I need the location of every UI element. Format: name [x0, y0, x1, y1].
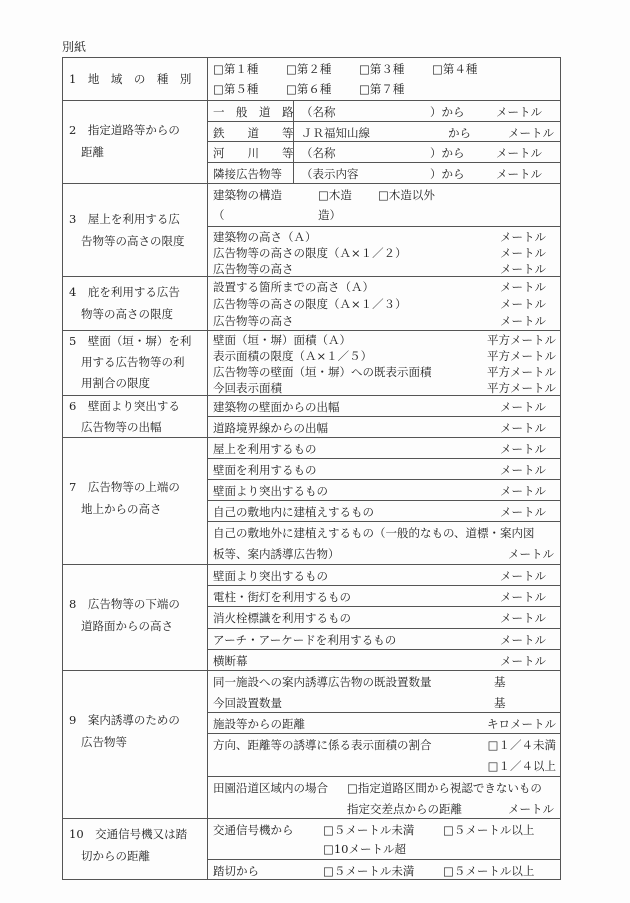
structure-type-field[interactable]: 造）	[318, 207, 341, 223]
checkbox-signal-under-5m[interactable]: □５メートル未満	[323, 822, 414, 838]
section-rooftop-height-limit: 3 屋上を利用する広 告物等の高さの限度 建築物の構造 □木造 □木造以外 （ …	[63, 184, 560, 277]
section-projection-width: 6 壁面より突出する 広告物等の出幅 建築物の壁面からの出幅 メートル 道路境界…	[63, 396, 560, 438]
checkbox-type-6[interactable]: □第６種	[286, 81, 331, 97]
section-area-type: 1 地 域 の 種 別 □第１種 □第２種 □第３種 □第４種 □第５種 □第６…	[63, 58, 560, 101]
section-title-cont: 物等の高さの限度	[69, 303, 203, 325]
row-adjacent-ad: 隣接広告物等 （表示内容 ）から メートル	[208, 163, 560, 184]
checkbox-crossing-5m-or-more[interactable]: □５メートル以上	[443, 863, 534, 879]
section-title: 4 庇を利用する広告	[69, 281, 203, 303]
name-field[interactable]: （名称	[301, 145, 336, 161]
section-title-cont: 用割合の限度	[69, 373, 203, 394]
checkbox-signal-5m-or-more[interactable]: □５メートル以上	[443, 822, 534, 838]
section-title: 6 壁面より突出する	[69, 396, 203, 417]
section-title: 8 広告物等の下端の	[69, 593, 203, 615]
section-bottom-edge-height: 8 広告物等の下端の 道路面からの高さ 壁面より突出するもの メートル 電柱・街…	[63, 565, 560, 671]
section-wall-usage-ratio: 5 壁面（垣・塀）を利 用する広告物等の利 用割合の限度 壁面（垣・塀）面積（Ａ…	[63, 331, 560, 396]
row-river: 河 川 等 （名称 ）から メートル	[208, 142, 560, 163]
section-title-cont: 広告物等	[69, 731, 203, 753]
section-top-edge-height: 7 広告物等の上端の 地上からの高さ 屋上を利用するもの メートル 壁面を利用す…	[63, 438, 560, 565]
section-title-cont: 広告物等の出幅	[69, 417, 203, 438]
section-title: 10 交通信号機又は踏	[69, 823, 203, 845]
checkbox-type-7[interactable]: □第７種	[359, 81, 404, 97]
name-field[interactable]: （名称	[301, 104, 336, 120]
checkbox-crossing-under-5m[interactable]: □５メートル未満	[323, 863, 414, 879]
row-general-road: 一 般 道 路 （名称 ）から メートル	[208, 101, 560, 122]
checkbox-not-visible-from-road[interactable]: □指定道路区間から視認できないもの	[347, 780, 542, 796]
checkbox-type-1[interactable]: □第１種	[213, 61, 258, 77]
section-title-cont: 用する広告物等の利	[69, 352, 203, 373]
checkbox-type-3[interactable]: □第３種	[359, 61, 404, 77]
checkbox-wooden[interactable]: □木造	[318, 187, 352, 203]
section-title-cont: 距離	[69, 141, 203, 163]
section-title-cont: 切からの距離	[69, 845, 203, 867]
checkbox-type-2[interactable]: □第２種	[286, 61, 331, 77]
section-eaves-height-limit: 4 庇を利用する広告 物等の高さの限度 設置する箇所までの高さ（Ａ） メートル …	[63, 277, 560, 331]
section-distance-from-road: 2 指定道路等からの 距離 一 般 道 路 （名称 ）から メートル 鉄 道 等…	[63, 101, 560, 184]
section-title: 3 屋上を利用する広	[69, 208, 203, 230]
section-title: 7 広告物等の上端の	[69, 476, 203, 498]
row-railway: 鉄 道 等 ＪＲ福知山線 から メートル	[208, 122, 560, 142]
section-title: 2 指定道路等からの	[69, 119, 203, 141]
checkbox-signal-over-10m[interactable]: □10メートル超	[323, 841, 406, 857]
checkbox-non-wooden[interactable]: □木造以外	[378, 187, 435, 203]
checkbox-type-5[interactable]: □第５種	[213, 81, 258, 97]
application-form-table: 1 地 域 の 種 別 □第１種 □第２種 □第３種 □第４種 □第５種 □第６…	[62, 57, 561, 880]
checkbox-ratio-quarter-or-more[interactable]: □１／４以上	[488, 758, 556, 774]
section-guidance-signs: 9 案内誘導のための 広告物等 同一施設への案内誘導広告物の既設置数量 基 今回…	[63, 671, 560, 819]
section-title: 5 壁面（垣・塀）を利	[69, 331, 203, 352]
section-title: 9 案内誘導のための	[69, 709, 203, 731]
checkbox-ratio-under-quarter[interactable]: □１／４未満	[488, 737, 556, 753]
section-signal-crossing-distance: 10 交通信号機又は踏 切からの距離 交通信号機から □５メートル未満 □５メー…	[63, 819, 560, 880]
section-title-cont: 道路面からの高さ	[69, 615, 203, 637]
row-building-structure: 建築物の構造 □木造 □木造以外 （ 造）	[208, 184, 560, 227]
section-title-cont: 地上からの高さ	[69, 498, 203, 520]
section-title: 1 地 域 の 種 別	[69, 68, 203, 90]
display-content-field[interactable]: （表示内容	[301, 166, 359, 182]
section-title-cont: 告物等の高さの限度	[69, 230, 203, 252]
railway-name-field[interactable]: ＪＲ福知山線	[301, 125, 370, 141]
checkbox-type-4[interactable]: □第４種	[432, 61, 477, 77]
page-label: 別紙	[62, 38, 86, 55]
